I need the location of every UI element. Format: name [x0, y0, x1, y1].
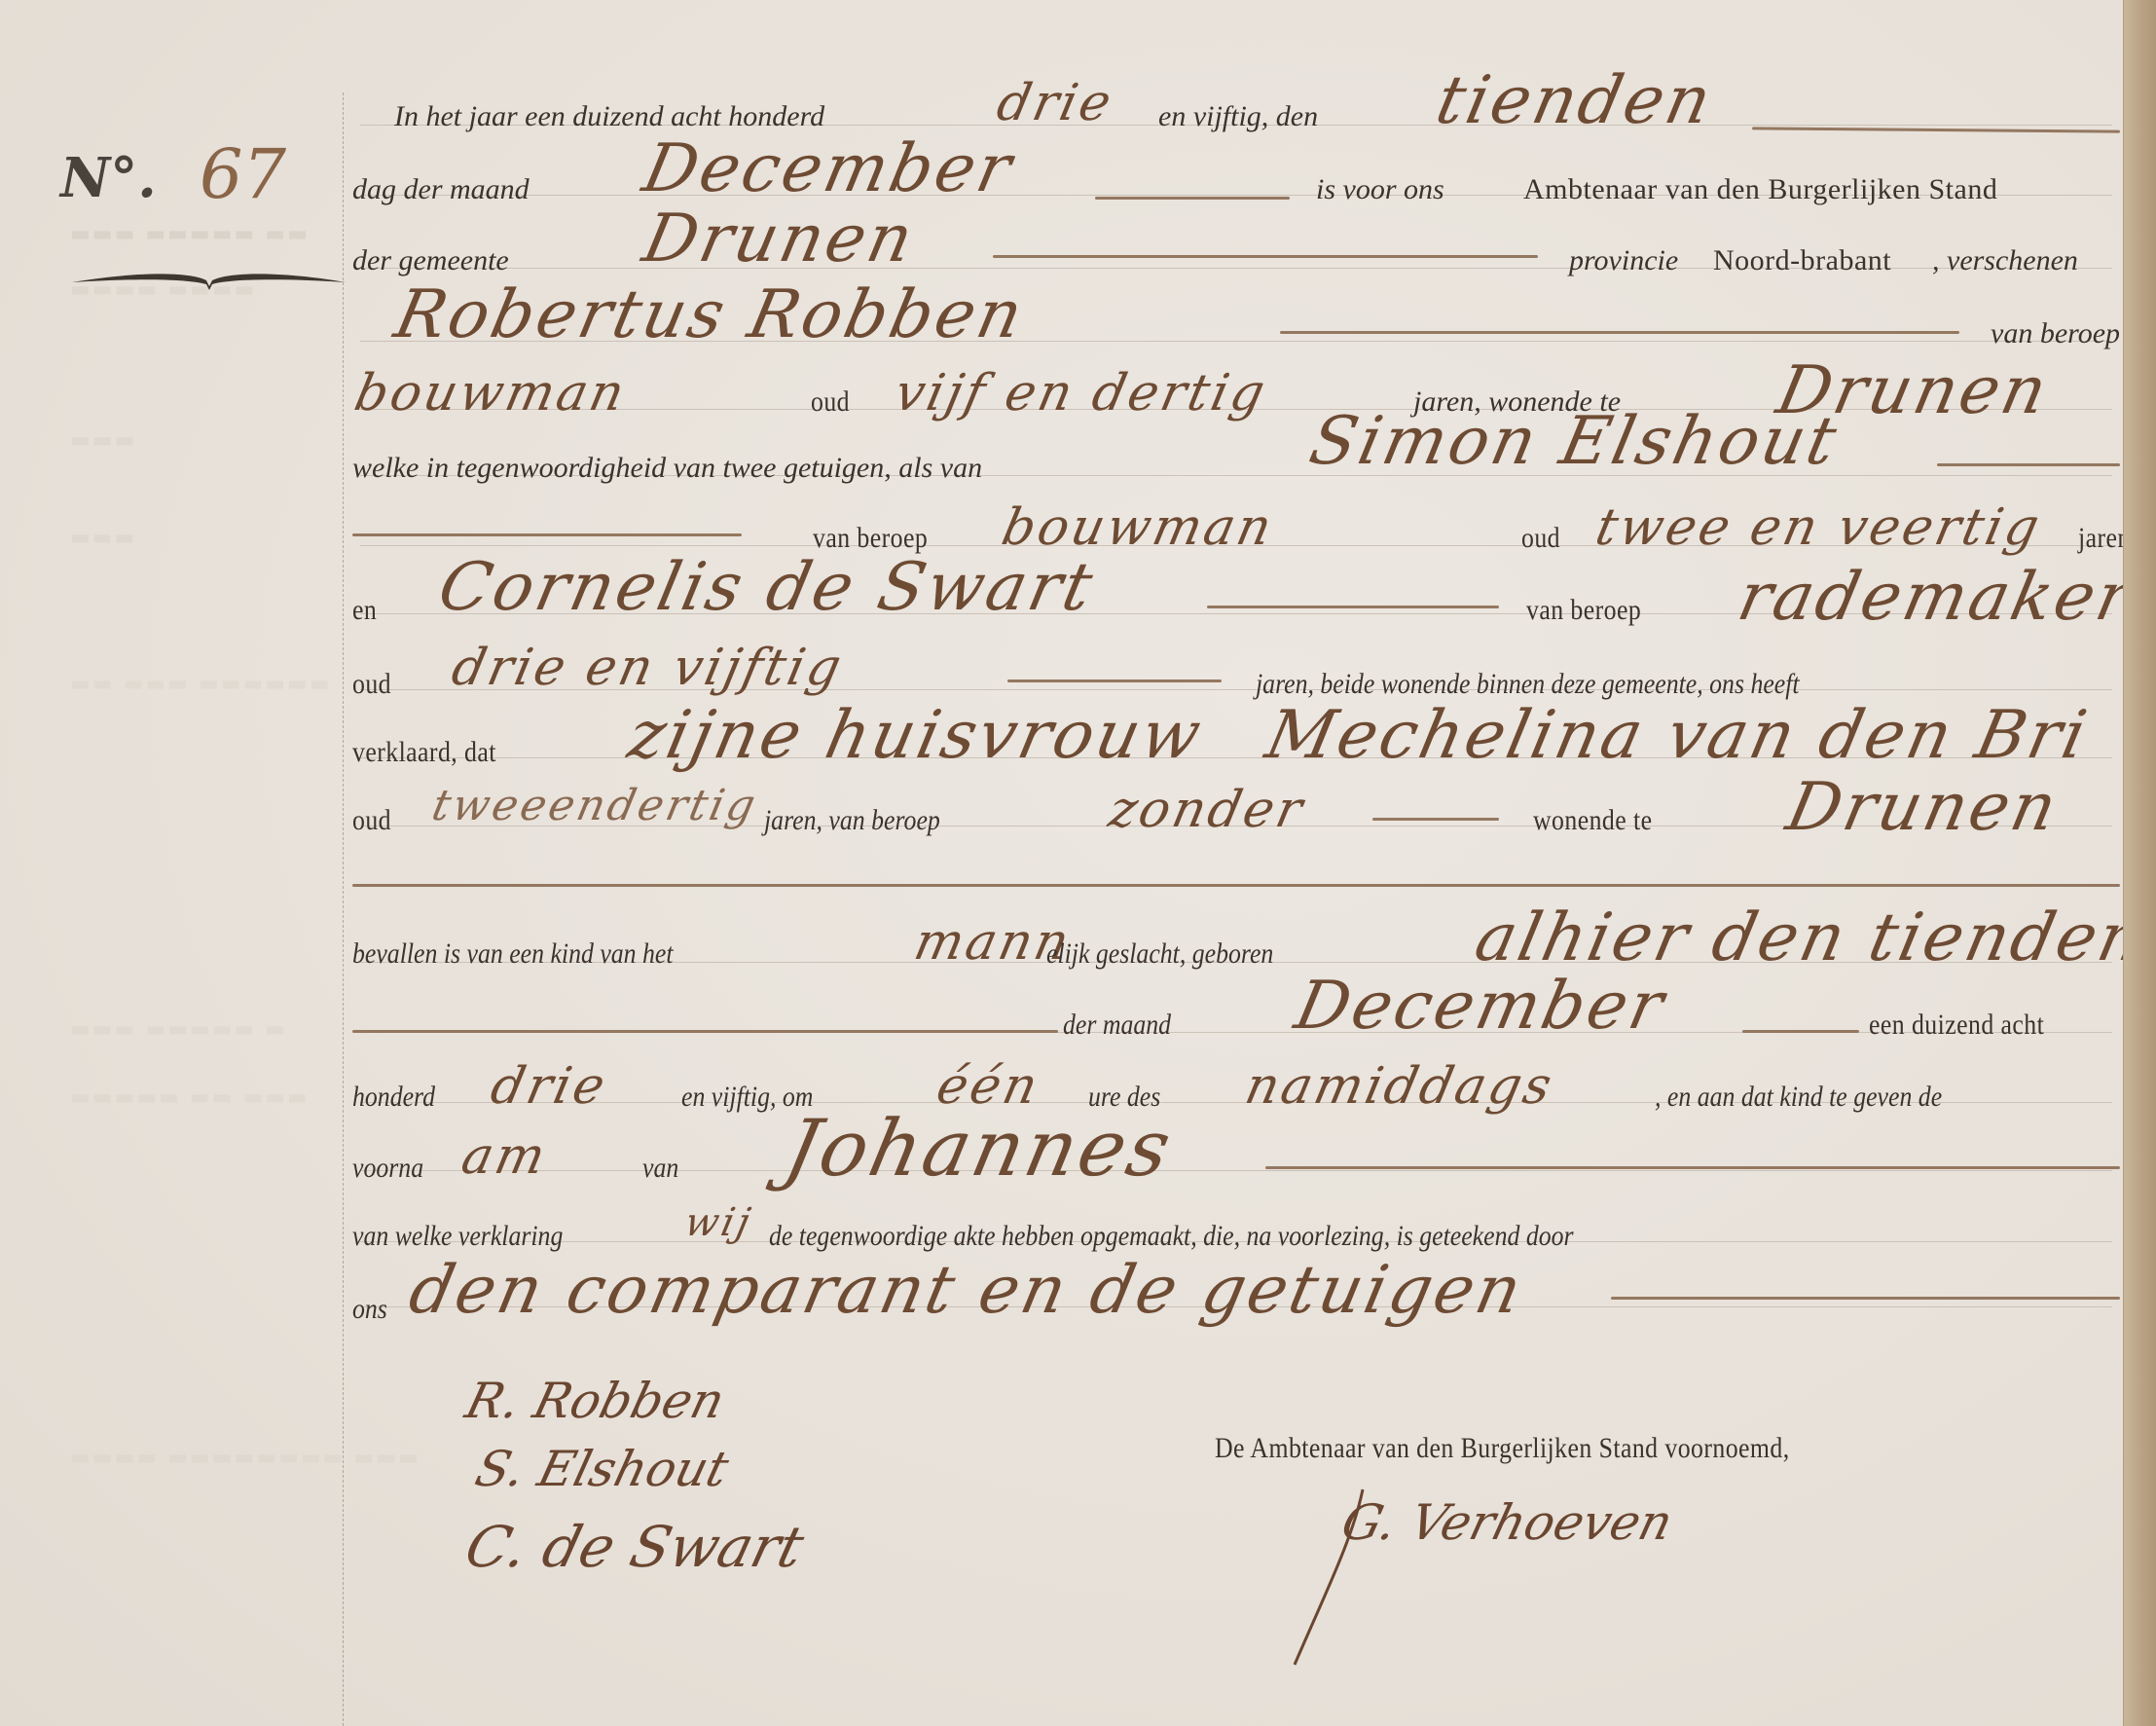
handwritten-witness2-age: drie en vijftig: [448, 643, 848, 693]
book-binding-edge: [2123, 0, 2156, 1726]
fill-rule: [1937, 463, 2120, 466]
printed-text: Noord-brabant: [1713, 246, 1891, 275]
printed-text: voorna: [352, 1154, 423, 1183]
signature-flourish-icon: [1285, 1480, 1402, 1674]
handwritten-month: December: [638, 136, 1019, 202]
printed-text: de tegenwoordige akte hebben opgemaakt, …: [769, 1222, 1574, 1251]
fill-rule: [1611, 1297, 2120, 1300]
bleed-through-text: ▬▬▬▬▬ ▬▬ ▬▬▬: [70, 1085, 310, 1110]
printed-text: van beroep: [1991, 319, 2120, 349]
handwritten-witness2-name: Cornelis de Swart: [433, 555, 1101, 621]
official-caption: De Ambtenaar van den Burgerlijken Stand …: [1215, 1434, 1790, 1463]
bleed-through-text: ▬▬▬▬ ▬▬▬▬▬▬▬▬ ▬▬▬: [70, 1446, 420, 1470]
handwritten-occupation: bouwman: [350, 368, 631, 419]
fill-rule: [1095, 197, 1290, 200]
printed-text: en vijftig, den: [1158, 102, 1318, 131]
handwritten-year-word: drie: [993, 78, 1118, 129]
fill-rule: [1280, 331, 1959, 334]
handwritten-witness1-occupation: bouwman: [998, 502, 1278, 553]
printed-text: oud: [352, 806, 391, 835]
printed-text: dag der maand: [352, 175, 530, 204]
register-page: ▬▬▬ ▬▬▬▬▬ ▬▬ ▬▬▬▬ ▬▬▬▬ ▬▬▬ ▬▬▬ ▬▬ ▬▬▬ ▬▬…: [0, 0, 2123, 1726]
handwritten-mother-residence: Drunen: [1781, 775, 2065, 841]
printed-text: welke in tegenwoordigheid van twee getui…: [352, 454, 982, 483]
handwritten-age: vijf en dertig: [891, 368, 1271, 419]
fill-rule: [352, 884, 2120, 887]
fill-rule: [1265, 1166, 2120, 1169]
handwritten-witness2-occupation: rademaker: [1733, 565, 2138, 631]
handwritten-wij: wij: [681, 1203, 756, 1242]
fill-rule: [352, 1030, 1058, 1033]
printed-text: honderd: [352, 1083, 435, 1112]
printed-text: elijk geslacht, geboren: [1046, 939, 1273, 969]
printed-text: jaren, beide wonende binnen deze gemeent…: [1256, 670, 1800, 699]
fill-rule: [993, 255, 1538, 258]
handwritten-birthplace-date: alhier den tienden: [1470, 905, 2152, 972]
printed-text: der gemeente: [352, 246, 509, 275]
handwritten-child-name: Johannes: [779, 1110, 1180, 1188]
handwritten-declarant-name: Robertus Robben: [389, 282, 1031, 349]
handwritten-witness1-age: twee en veertig: [1591, 502, 2046, 553]
handwritten-signed-by: den comparant en de getuigen: [404, 1258, 1529, 1324]
printed-text: ons: [352, 1295, 387, 1324]
printed-text: en vijftig, om: [681, 1083, 813, 1112]
printed-text: een duizend acht: [1869, 1010, 2044, 1040]
margin-rule: [343, 92, 344, 1726]
bleed-through-text: ▬▬▬ ▬▬▬▬▬ ▬▬: [70, 222, 310, 246]
signature-witness1: S. Elshout: [470, 1441, 734, 1497]
record-number: 67: [200, 134, 286, 214]
bleed-through-text: ▬▬ ▬▬▬ ▬▬▬▬▬▬: [70, 672, 332, 696]
handwritten-voornaam-suffix: am: [457, 1131, 552, 1182]
handwritten-municipality: Drunen: [638, 206, 921, 273]
handwritten-mother-age: tweeendertig: [428, 785, 761, 827]
signature-witness2: C. de Swart: [459, 1514, 811, 1580]
printed-text: van: [642, 1154, 678, 1183]
printed-text: van beroep: [1526, 596, 1641, 625]
printed-text: , verschenen: [1932, 246, 2078, 275]
printed-text: provincie: [1569, 246, 1678, 275]
printed-text: bevallen is van een kind van het: [352, 939, 674, 969]
handwritten-birth-month: December: [1290, 973, 1671, 1040]
handwritten-witness1-name: Simon Elshout: [1304, 409, 1845, 475]
fill-rule: [1742, 1030, 1859, 1033]
baseline: [360, 1170, 2112, 1171]
handwritten-mother-occupation: zonder: [1105, 785, 1309, 835]
bleed-through-text: ▬▬▬ ▬▬▬▬▬ ▬: [70, 1017, 287, 1042]
printed-text: wonende te: [1533, 806, 1653, 835]
fill-rule: [1007, 679, 1222, 682]
fill-rule: [1207, 606, 1499, 608]
bleed-through-text: ▬▬▬: [70, 428, 136, 453]
signature-declarant: R. Robben: [460, 1373, 730, 1429]
handwritten-wife-label: zijne huisvrouw: [623, 703, 1209, 769]
printed-text: Ambtenaar van den Burgerlijken Stand: [1523, 175, 1997, 204]
printed-text: van welke verklaring: [352, 1222, 563, 1251]
printed-text: oud: [352, 670, 391, 699]
handwritten-birth-year-word: drie: [487, 1061, 612, 1112]
fill-rule: [1752, 127, 2120, 132]
printed-text: der maand: [1063, 1010, 1171, 1040]
handwritten-mother-name: Mechelina van den Bri: [1261, 703, 2095, 769]
bleed-through-text: ▬▬▬: [70, 526, 136, 550]
fill-rule: [1372, 818, 1499, 821]
fill-rule: [352, 533, 742, 536]
printed-text: In het jaar een duizend acht honderd: [394, 102, 824, 131]
printed-text: oud: [1521, 524, 1560, 553]
handwritten-time-of-day: namiddags: [1241, 1061, 1558, 1112]
printed-text: jaren, van beroep: [764, 806, 940, 835]
printed-text: verklaard, dat: [352, 738, 496, 767]
printed-text: en: [352, 596, 377, 625]
handwritten-day: tienden: [1431, 68, 1719, 134]
decorative-brace-icon: [70, 269, 347, 292]
record-number-label: N°.: [60, 146, 157, 210]
printed-text: is voor ons: [1316, 175, 1444, 204]
printed-text: oud: [811, 387, 850, 417]
printed-text: , en aan dat kind te geven de: [1655, 1083, 1942, 1112]
